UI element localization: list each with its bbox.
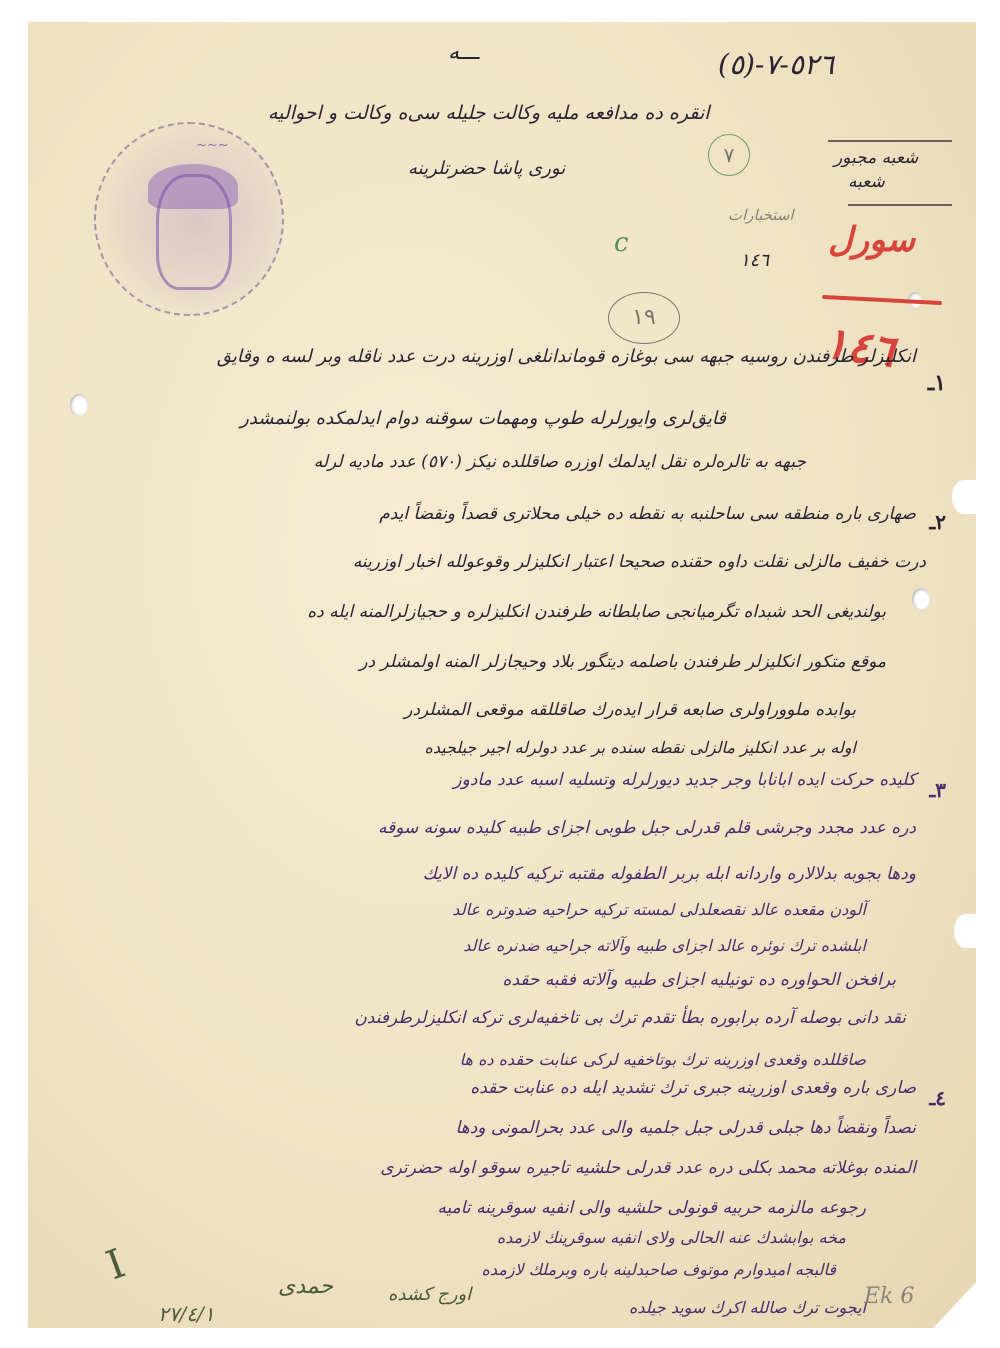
seal-inscription: ~∽~ (196, 138, 229, 153)
body-line: صاقللده وقعدی اوزرینه ترك بوتاخفیه لرکی … (460, 1050, 866, 1069)
divider (848, 204, 952, 206)
black-reference-number: ١٤٦ (740, 250, 769, 271)
grey-circled-number: ١٩ (608, 292, 680, 344)
seal-portrait (156, 174, 232, 290)
body-line: ودها بجوبه بدلالاره واردانه ابله بربر ال… (423, 864, 916, 884)
divider (828, 140, 952, 142)
body-line: صهاری باره منطقه سی ساحلنبه به نقطه ده خ… (379, 504, 916, 524)
body-line: ابلشده ترك نوئره عالد اجزای طبیه وآلاته … (463, 936, 866, 955)
signature-title: اورج كشده (388, 1284, 471, 1305)
red-annotation-word: سورل (828, 220, 915, 260)
signature-name: حمدی (278, 1274, 333, 1299)
body-line: دره عدد مجدد وجرشی قلم قدرلی جبل طوبی اج… (378, 818, 916, 838)
body-line: كلیده حرکت ایده ابانابا وجر جدید دیورلرل… (453, 770, 916, 790)
document-sheet: ~∽~ ـــه ٥٢٦-٧-(٥) انقره ده مدافعه ملیه … (28, 22, 976, 1328)
header-title-line-2: نوری پاشا حضرتلرینه (408, 158, 565, 179)
right-box-line-1: شعبه مجبور (834, 148, 918, 168)
body-line: موقع متکور انكلیزلر طرفندن باصلمه دیتگور… (359, 652, 886, 672)
item-marker-3: ٣ـ (929, 778, 946, 802)
header-title-line-1: انقره ده مدافعه ملیه وكالت جلیله سی‌ه وك… (268, 102, 710, 124)
item-marker-2: ٢ـ (929, 510, 946, 534)
body-line: ایجوت ترك صالله اكرك سوید جیلده (629, 1298, 866, 1317)
body-line: قایق‌لری وایورلرله طوپ ومهمات سوقنه دوام… (240, 408, 726, 429)
signature-date: ٢٧/٤/١ (158, 1302, 214, 1326)
body-line: اوله بر عدد انكلیز مالزلی نقطه سنده بر ع… (424, 738, 856, 757)
body-line: جبهه به تالره‌لره نقل ایدلمك اوزره صاقلل… (314, 452, 806, 472)
body-line: انكلیزلر طرفندن روسیه جبهه سی بوغازه قوم… (217, 346, 916, 367)
body-line: آلودن مقعده عالد نقصعلدلی لمسته ترکیه حر… (452, 900, 866, 919)
torn-edge-notch (952, 480, 976, 514)
body-line: برافخن الحواوره ده تونیلیه اجزای طبیه وآ… (503, 970, 896, 990)
torn-edge-notch (954, 914, 978, 948)
item-marker-1: ١ـ (928, 370, 946, 396)
punch-hole (70, 394, 88, 416)
body-line: قالبجه امیدوارم موتوف صاحبدلینه باره وبر… (481, 1260, 836, 1279)
item-marker-4: ٤ـ (929, 1086, 946, 1110)
body-line: نقد دانی بوصله آرده برابوره بطأ تقدم ترك… (354, 1008, 906, 1028)
body-line: بولندیغی الحد شبداه تگرمیانجی صابلطانه ط… (307, 602, 886, 622)
green-mark: c (614, 228, 629, 258)
ek-label: Ek 6 (864, 1284, 914, 1309)
green-circled-number: ٧ (708, 134, 750, 176)
body-line: بوابده ملووراولری صابعه قرار ایده‌رك صاق… (404, 700, 856, 720)
red-underline (822, 295, 942, 305)
portrait-seal-stamp: ~∽~ (94, 122, 284, 316)
body-line: صاری باره وقعدی اوزرینه جبری ترك تشدید ا… (470, 1078, 916, 1098)
body-line: المنده بوغلاته محمد بكلی دره عدد قدرلی ح… (380, 1158, 916, 1178)
body-line: مخه بوابشدك عنه الحالی ولای انفیه سوقرین… (497, 1228, 846, 1247)
punch-hole (912, 588, 930, 610)
reference-number: ٥٢٦-٧-(٥) (718, 48, 834, 81)
top-mark: ـــه (448, 40, 479, 65)
body-line: درت خفیف مالزلی نقلت داوه حقنده صحیحا اع… (353, 552, 926, 572)
signature-mark: I (101, 1241, 132, 1290)
body-line: رجوعه مالزمه حربیه قونولی حلشیه والی انف… (437, 1198, 866, 1218)
istikhbarat-label: استخبارات (728, 206, 794, 224)
right-box-line-2: شعبه (848, 172, 885, 192)
body-line: نصداً ونقضاً دها جبلی قدرلی جبل جلمیه وا… (456, 1118, 916, 1138)
